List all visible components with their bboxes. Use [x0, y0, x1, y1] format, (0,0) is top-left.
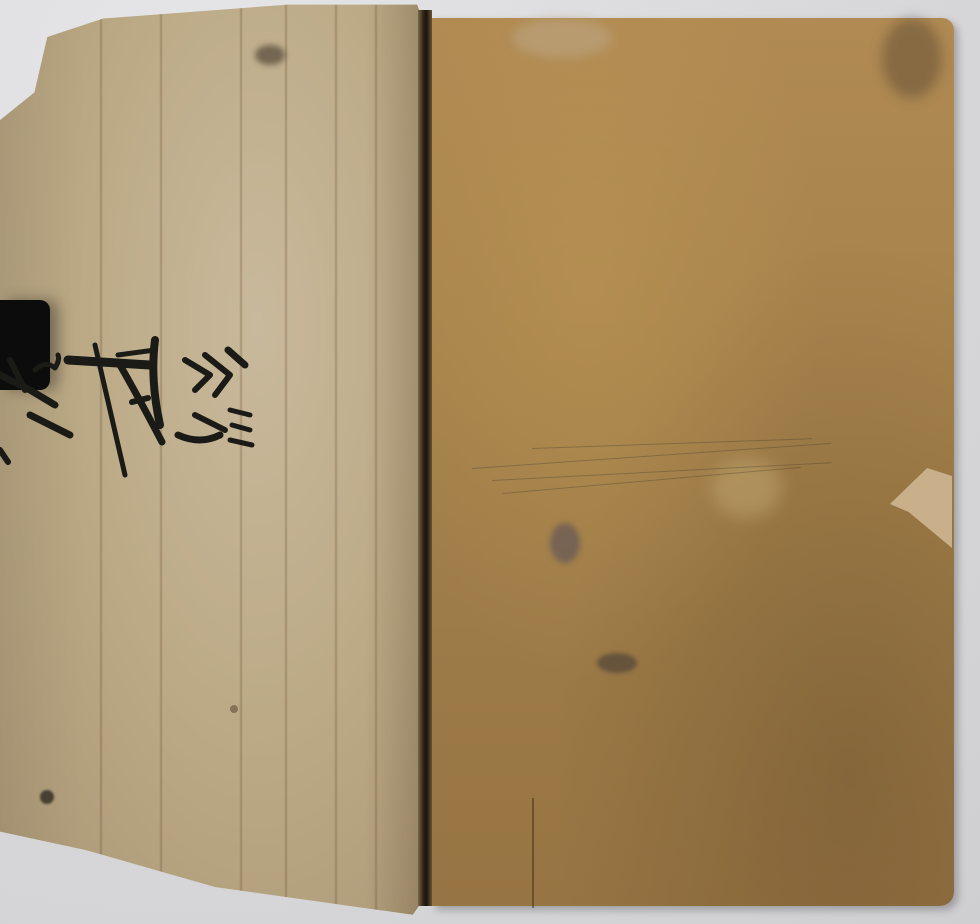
corner-wear-stain: [882, 18, 942, 98]
worn-top-stain: [512, 18, 612, 58]
fold-crease: [375, 0, 377, 924]
spot-stain: [230, 705, 238, 713]
calligraphy-inscription: [0, 330, 270, 490]
ink-speck-stain: [255, 45, 285, 65]
book-gutter: [418, 10, 432, 906]
dark-stain: [550, 523, 580, 563]
right-page-cover: [432, 18, 954, 906]
fold-crease: [285, 0, 287, 924]
dark-stain: [597, 653, 637, 673]
chipped-corner: [890, 468, 952, 548]
hole-stain: [40, 790, 54, 804]
crack-line: [532, 798, 534, 908]
fold-crease: [335, 0, 337, 924]
